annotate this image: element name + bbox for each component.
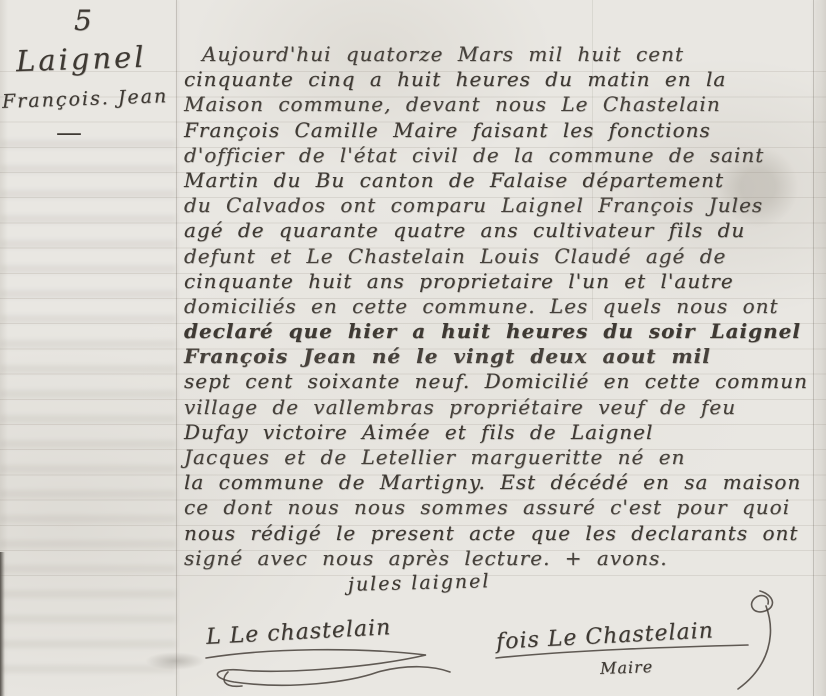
- body-line: declaré que hier a huit heures du soir L…: [184, 319, 818, 344]
- signature-flourish-loop: [722, 588, 792, 693]
- body-line: sept cent soixante neuf. Domicilié en ce…: [184, 369, 818, 394]
- body-line: defunt et Le Chastelain Louis Claudé agé…: [184, 244, 818, 269]
- act-body-text: Aujourd'hui quatorze Mars mil huit cent …: [184, 42, 818, 571]
- body-line: cinquante huit ans proprietaire l'un et …: [184, 269, 818, 294]
- body-line: Jacques et de Letellier margueritte né e…: [184, 445, 818, 470]
- scanned-register-page: 5 Laignel François. Jean — Aujourd'hui q…: [0, 0, 826, 696]
- body-line: du Calvados ont comparu Laignel François…: [184, 193, 818, 218]
- signature-flourish-left: [198, 646, 458, 692]
- act-number: 5: [74, 4, 93, 37]
- page-edge-shadow: [0, 552, 5, 696]
- signature-mayor-title: Maire: [600, 657, 654, 678]
- signature-declarant: jules laignel: [348, 570, 491, 596]
- body-line: Martin du Bu canton de Falaise départeme…: [184, 168, 818, 193]
- signature-witness: L Le chastelain: [205, 615, 391, 650]
- margin-given-names: François. Jean: [2, 85, 169, 113]
- body-line: domiciliés en cette commune. Les quels n…: [184, 294, 818, 319]
- bleed-through-shading: [0, 140, 176, 688]
- body-line: la commune de Martigny. Est décédé en sa…: [184, 470, 818, 495]
- body-line: François Camille Maire faisant les fonct…: [184, 118, 818, 143]
- body-line: Aujourd'hui quatorze Mars mil huit cent: [184, 42, 818, 67]
- body-line: village de vallembras propriétaire veuf …: [184, 395, 818, 420]
- margin-separator-dash: —: [56, 118, 80, 148]
- body-line: Maison commune, devant nous Le Chastelai…: [184, 92, 818, 117]
- body-line: Dufay victoire Aimée et fils de Laignel: [184, 420, 818, 445]
- ink-smudge: [145, 652, 205, 670]
- signature-mayor: fois Le Chastelain: [495, 618, 714, 654]
- body-line: signé avec nous après lecture. + avons.: [184, 546, 818, 571]
- body-line: cinquante cinq a huit heures du matin en…: [184, 67, 818, 92]
- body-line: ce dont nous nous sommes assuré c'est po…: [184, 495, 818, 520]
- body-line: François Jean né le vingt deux aout mil: [184, 344, 818, 369]
- fold-line-left: [176, 0, 177, 696]
- body-line: agé de quarante quatre ans cultivateur f…: [184, 218, 818, 243]
- body-line: d'officier de l'état civil de la commune…: [184, 143, 818, 168]
- body-line: nous rédigé le present acte que les decl…: [184, 521, 818, 546]
- margin-surname: Laignel: [15, 40, 147, 79]
